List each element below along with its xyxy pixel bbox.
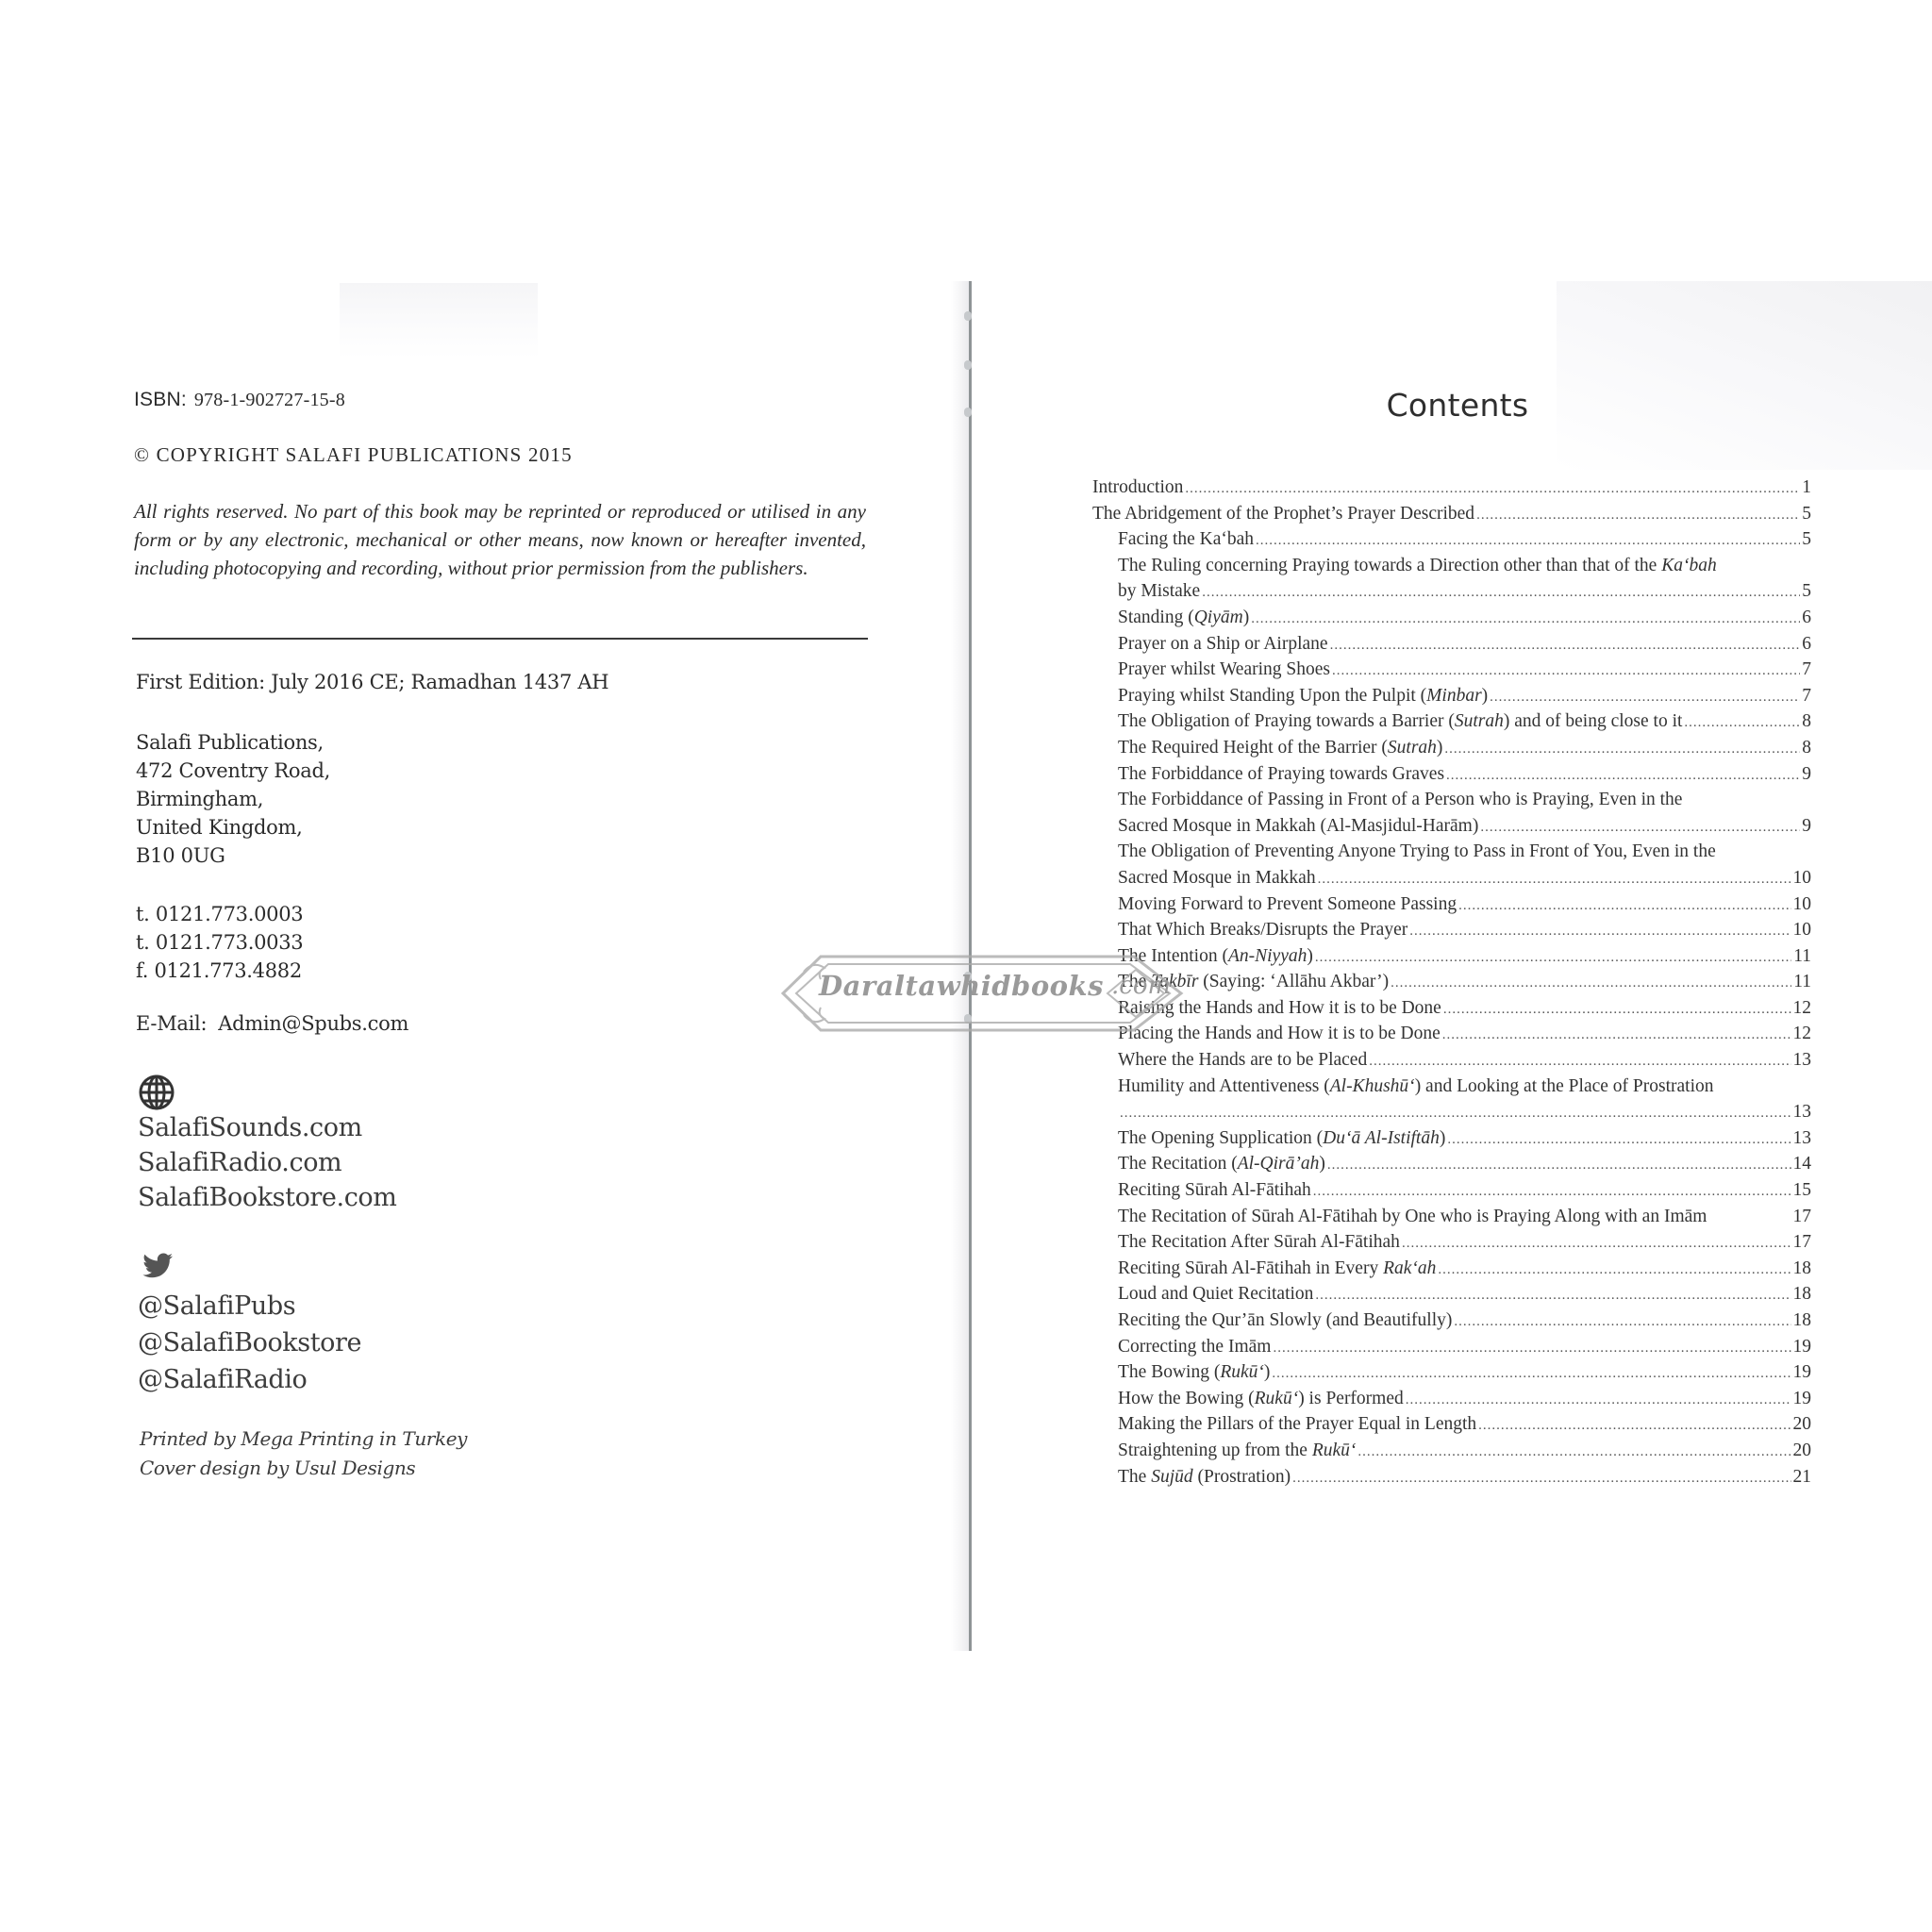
toc-entry[interactable]: The Intention (An-Niyyah)11 bbox=[1092, 943, 1811, 970]
toc-entry-title: The Ruling concerning Praying towards a … bbox=[1118, 553, 1717, 579]
toc-entry[interactable]: The Obligation of Praying towards a Barr… bbox=[1092, 708, 1811, 735]
toc-page-number: 5 bbox=[1802, 526, 1811, 553]
toc-entry[interactable]: The Ruling concerning Praying towards a … bbox=[1092, 553, 1811, 579]
toc-entry[interactable]: The Takbīr (Saying: ‘Allāhu Akbar’)11 bbox=[1092, 969, 1811, 995]
publisher-address: Salafi Publications, 472 Coventry Road, … bbox=[136, 728, 330, 870]
watermark-suffix: .com bbox=[1111, 972, 1171, 1000]
toc-entry-title: The Recitation of Sūrah Al-Fātihah by On… bbox=[1118, 1204, 1793, 1230]
twitter-handle-list: @SalafiPubs @SalafiBookstore @SalafiRadi… bbox=[138, 1288, 361, 1398]
toc-leader-dots bbox=[1447, 1125, 1790, 1152]
toc-entry-title: Reciting Sūrah Al-Fātihah bbox=[1118, 1177, 1311, 1204]
toc-leader-dots bbox=[1391, 969, 1791, 995]
toc-page-number: 7 bbox=[1802, 683, 1811, 709]
website-link[interactable]: SalafiBookstore.com bbox=[138, 1180, 396, 1215]
toc-entry-title: Reciting the Qur’ān Slowly (and Beautifu… bbox=[1118, 1307, 1452, 1334]
copyright-line: © COPYRIGHT SALAFI PUBLICATIONS 2015 bbox=[134, 443, 573, 467]
toc-leader-dots bbox=[1120, 1099, 1791, 1125]
toc-leader-dots bbox=[1318, 865, 1791, 891]
toc-entry[interactable]: The Obligation of Preventing Anyone Tryi… bbox=[1092, 839, 1811, 865]
toc-leader-dots bbox=[1315, 943, 1791, 970]
toc-page-number: 15 bbox=[1793, 1177, 1812, 1204]
toc-entry-title: The Sujūd (Prostration) bbox=[1118, 1464, 1291, 1491]
toc-entry-title: The Obligation of Praying towards a Barr… bbox=[1118, 708, 1682, 735]
twitter-handle[interactable]: @SalafiRadio bbox=[138, 1361, 361, 1398]
toc-page-number: 21 bbox=[1793, 1464, 1812, 1491]
address-line: Salafi Publications, bbox=[136, 728, 330, 757]
toc-leader-dots bbox=[1444, 735, 1800, 761]
toc-entry-title: Reciting Sūrah Al-Fātihah in Every Rak‘a… bbox=[1118, 1256, 1436, 1282]
toc-page-number: 20 bbox=[1793, 1411, 1812, 1438]
toc-entry-title: The Recitation After Sūrah Al-Fātihah bbox=[1118, 1229, 1400, 1256]
toc-page-number: 18 bbox=[1793, 1281, 1812, 1307]
toc-entry-title: Humility and Attentiveness (Al-Khushū‘) … bbox=[1118, 1074, 1714, 1100]
address-line: Birmingham, bbox=[136, 785, 330, 813]
toc-entry[interactable]: The Abridgement of the Prophet’s Prayer … bbox=[1092, 501, 1811, 527]
isbn-value: 978-1-902727-15-8 bbox=[194, 390, 345, 410]
toc-page-number: 7 bbox=[1802, 657, 1811, 683]
toc-entry-title: Facing the Ka‘bah bbox=[1118, 526, 1254, 553]
toc-leader-dots bbox=[1446, 761, 1800, 788]
toc-leader-dots bbox=[1480, 813, 1800, 840]
printer-credit: Printed by Mega Printing in Turkey bbox=[140, 1424, 467, 1454]
toc-entry-title: Introduction bbox=[1092, 475, 1183, 501]
toc-leader-dots bbox=[1292, 1464, 1790, 1491]
toc-page-number: 8 bbox=[1802, 735, 1811, 761]
stitch-mark bbox=[964, 360, 972, 370]
toc-entry-title: Moving Forward to Prevent Someone Passin… bbox=[1118, 891, 1457, 918]
toc-leader-dots bbox=[1272, 1359, 1790, 1386]
toc-page-number: 18 bbox=[1793, 1307, 1812, 1334]
print-credits: Printed by Mega Printing in Turkey Cover… bbox=[140, 1424, 467, 1483]
toc-entry-title: That Which Breaks/Disrupts the Prayer bbox=[1118, 917, 1407, 943]
watermark-text: Daraltawhidbooks bbox=[819, 970, 1104, 1002]
toc-leader-dots bbox=[1478, 1411, 1790, 1438]
toc-page-number: 10 bbox=[1793, 917, 1812, 943]
fax-line: f. 0121.773.4882 bbox=[136, 957, 303, 985]
page-edge-shadow-left bbox=[340, 283, 538, 358]
toc-page-number: 12 bbox=[1793, 1021, 1812, 1047]
toc-page-number: 19 bbox=[1793, 1386, 1812, 1412]
toc-entry[interactable]: That Which Breaks/Disrupts the Prayer10 bbox=[1092, 917, 1811, 943]
toc-leader-dots bbox=[1443, 995, 1791, 1022]
divider-rule bbox=[132, 638, 868, 640]
toc-page-number: 19 bbox=[1793, 1334, 1812, 1360]
toc-page-number: 10 bbox=[1793, 891, 1812, 918]
toc-entry[interactable]: The Recitation of Sūrah Al-Fātihah by On… bbox=[1092, 1204, 1811, 1230]
edition-line: First Edition: July 2016 CE; Ramadhan 14… bbox=[136, 671, 608, 693]
page-edge-shadow-right bbox=[1557, 281, 1932, 470]
phone-line: t. 0121.773.0003 bbox=[136, 900, 303, 928]
toc-leader-dots bbox=[1402, 1229, 1791, 1256]
toc-page-number: 18 bbox=[1793, 1256, 1812, 1282]
toc-entry[interactable]: Prayer whilst Wearing Shoes7 bbox=[1092, 657, 1811, 683]
toc-leader-dots bbox=[1454, 1307, 1790, 1334]
email-label: E-Mail: bbox=[136, 1012, 207, 1035]
toc-entry[interactable]: Reciting the Qur’ān Slowly (and Beautifu… bbox=[1092, 1307, 1811, 1334]
toc-entry-title: Prayer whilst Wearing Shoes bbox=[1118, 657, 1330, 683]
toc-entry[interactable]: Sacred Mosque in Makkah (Al-Masjidul-Har… bbox=[1092, 813, 1811, 840]
rights-notice: All rights reserved. No part of this boo… bbox=[134, 497, 866, 582]
toc-entry-title: The Required Height of the Barrier (Sutr… bbox=[1118, 735, 1442, 761]
toc-entry-title: Sacred Mosque in Makkah bbox=[1118, 865, 1316, 891]
toc-entry[interactable]: How the Bowing (Rukū‘) is Performed19 bbox=[1092, 1386, 1811, 1412]
toc-leader-dots bbox=[1330, 631, 1800, 658]
toc-entry[interactable]: by Mistake5 bbox=[1092, 578, 1811, 605]
toc-entry[interactable]: Loud and Quiet Recitation18 bbox=[1092, 1281, 1811, 1307]
toc-entry-title: The Forbiddance of Passing in Front of a… bbox=[1118, 787, 1682, 813]
toc-entry-title: Standing (Qiyām) bbox=[1118, 605, 1249, 631]
website-link[interactable]: SalafiSounds.com bbox=[138, 1110, 396, 1145]
twitter-bird-icon bbox=[142, 1253, 174, 1279]
toc-leader-dots bbox=[1185, 475, 1800, 501]
toc-entry[interactable]: The Recitation After Sūrah Al-Fātihah17 bbox=[1092, 1229, 1811, 1256]
toc-leader-dots bbox=[1409, 917, 1790, 943]
toc-page-number: 5 bbox=[1802, 578, 1811, 605]
stitch-mark bbox=[964, 408, 972, 417]
toc-page-number: 17 bbox=[1793, 1229, 1812, 1256]
toc-entry[interactable]: The Bowing (Rukū‘)19 bbox=[1092, 1359, 1811, 1386]
toc-entry[interactable]: The Opening Supplication (Du‘ā Al-Istift… bbox=[1092, 1125, 1811, 1152]
toc-entry-title: by Mistake bbox=[1118, 578, 1200, 605]
toc-entry-title: Sacred Mosque in Makkah (Al-Masjidul-Har… bbox=[1118, 813, 1478, 840]
toc-page-number: 12 bbox=[1793, 995, 1812, 1022]
isbn: ISBN:978-1-902727-15-8 bbox=[134, 389, 345, 411]
toc-leader-dots bbox=[1442, 1021, 1791, 1047]
email-address: Admin@Spubs.com bbox=[218, 1012, 408, 1035]
toc-entry-title: Prayer on a Ship or Airplane bbox=[1118, 631, 1328, 658]
toc-entry[interactable]: The Required Height of the Barrier (Sutr… bbox=[1092, 735, 1811, 761]
toc-entry[interactable]: Humility and Attentiveness (Al-Khushū‘) … bbox=[1092, 1074, 1811, 1100]
toc-leader-dots bbox=[1684, 708, 1800, 735]
toc-entry[interactable]: Reciting Sūrah Al-Fātihah in Every Rak‘a… bbox=[1092, 1256, 1811, 1282]
toc-leader-dots bbox=[1315, 1281, 1790, 1307]
isbn-label: ISBN: bbox=[134, 389, 187, 410]
toc-entry[interactable]: Facing the Ka‘bah5 bbox=[1092, 526, 1811, 553]
toc-entry[interactable]: Correcting the Imām19 bbox=[1092, 1334, 1811, 1360]
twitter-handle[interactable]: @SalafiBookstore bbox=[138, 1324, 361, 1361]
toc-entry[interactable]: Praying whilst Standing Upon the Pulpit … bbox=[1092, 683, 1811, 709]
phone-numbers: t. 0121.773.0003 t. 0121.773.0033 f. 012… bbox=[136, 900, 303, 985]
stitch-mark bbox=[964, 311, 972, 321]
toc-page-number: 5 bbox=[1802, 501, 1811, 527]
toc-page-number: 13 bbox=[1793, 1047, 1812, 1074]
toc-entry-title: The Obligation of Preventing Anyone Tryi… bbox=[1118, 839, 1716, 865]
toc-leader-dots bbox=[1313, 1177, 1791, 1204]
address-line: B10 0UG bbox=[136, 841, 330, 870]
toc-entry-title: The Opening Supplication (Du‘ā Al-Istift… bbox=[1118, 1125, 1445, 1152]
book-spread: ISBN:978-1-902727-15-8 © COPYRIGHT SALAF… bbox=[0, 0, 1932, 1932]
toc-entry[interactable]: Sacred Mosque in Makkah10 bbox=[1092, 865, 1811, 891]
toc-leader-dots bbox=[1490, 683, 1800, 709]
toc-page-number: 19 bbox=[1793, 1359, 1812, 1386]
toc-entry-title: The Recitation (Al-Qirā’ah) bbox=[1118, 1151, 1325, 1177]
toc-entry[interactable]: The Recitation (Al-Qirā’ah)14 bbox=[1092, 1151, 1811, 1177]
toc-entry[interactable]: Moving Forward to Prevent Someone Passin… bbox=[1092, 891, 1811, 918]
table-of-contents: Introduction1The Abridgement of the Prop… bbox=[1092, 475, 1811, 1490]
toc-entry-title: Correcting the Imām bbox=[1118, 1334, 1271, 1360]
toc-entry-title: Where the Hands are to be Placed bbox=[1118, 1047, 1367, 1074]
address-line: 472 Coventry Road, bbox=[136, 757, 330, 785]
toc-page-number: 6 bbox=[1802, 605, 1811, 631]
toc-page-number: 11 bbox=[1793, 943, 1811, 970]
toc-page-number: 13 bbox=[1793, 1125, 1812, 1152]
toc-page-number: 9 bbox=[1802, 813, 1811, 840]
phone-line: t. 0121.773.0033 bbox=[136, 928, 303, 957]
twitter-handle[interactable]: @SalafiPubs bbox=[138, 1288, 361, 1324]
toc-page-number: 9 bbox=[1802, 761, 1811, 788]
email: E-Mail:Admin@Spubs.com bbox=[136, 1012, 408, 1035]
toc-leader-dots bbox=[1332, 657, 1800, 683]
toc-entry-title: The Bowing (Rukū‘) bbox=[1118, 1359, 1270, 1386]
toc-page-number: 17 bbox=[1793, 1204, 1812, 1230]
toc-page-number: 20 bbox=[1793, 1438, 1812, 1464]
address-line: United Kingdom, bbox=[136, 813, 330, 841]
toc-leader-dots bbox=[1438, 1256, 1790, 1282]
toc-leader-dots bbox=[1202, 578, 1800, 605]
toc-leader-dots bbox=[1476, 501, 1800, 527]
toc-entry[interactable]: Where the Hands are to be Placed13 bbox=[1092, 1047, 1811, 1074]
toc-leader-dots bbox=[1458, 891, 1790, 918]
toc-page-number: 14 bbox=[1793, 1151, 1812, 1177]
toc-entry[interactable]: Placing the Hands and How it is to be Do… bbox=[1092, 1021, 1811, 1047]
toc-entry-title: Making the Pillars of the Prayer Equal i… bbox=[1118, 1411, 1476, 1438]
toc-page-number: 10 bbox=[1793, 865, 1812, 891]
toc-entry-title: Straightening up from the Rukū‘ bbox=[1118, 1438, 1356, 1464]
toc-entry-title: Praying whilst Standing Upon the Pulpit … bbox=[1118, 683, 1488, 709]
contents-heading: Contents bbox=[1274, 387, 1641, 424]
toc-leader-dots bbox=[1251, 605, 1800, 631]
toc-entry[interactable]: Prayer on a Ship or Airplane6 bbox=[1092, 631, 1811, 658]
toc-entry-title: The Abridgement of the Prophet’s Prayer … bbox=[1092, 501, 1474, 527]
toc-page-number: 6 bbox=[1802, 631, 1811, 658]
toc-leader-dots bbox=[1327, 1151, 1791, 1177]
toc-leader-dots bbox=[1357, 1438, 1790, 1464]
toc-entry[interactable]: Making the Pillars of the Prayer Equal i… bbox=[1092, 1411, 1811, 1438]
cover-design-credit: Cover design by Usul Designs bbox=[140, 1454, 467, 1483]
globe-icon bbox=[138, 1074, 175, 1111]
toc-entry[interactable]: Reciting Sūrah Al-Fātihah15 bbox=[1092, 1177, 1811, 1204]
toc-entry[interactable]: Raising the Hands and How it is to be Do… bbox=[1092, 995, 1811, 1022]
toc-entry[interactable]: The Forbiddance of Praying towards Grave… bbox=[1092, 761, 1811, 788]
toc-entry[interactable]: The Sujūd (Prostration)21 bbox=[1092, 1464, 1811, 1491]
toc-entry[interactable]: Straightening up from the Rukū‘20 bbox=[1092, 1438, 1811, 1464]
toc-entry-title: Loud and Quiet Recitation bbox=[1118, 1281, 1313, 1307]
toc-page-number: 13 bbox=[1793, 1099, 1812, 1125]
toc-entry[interactable]: The Forbiddance of Passing in Front of a… bbox=[1092, 787, 1811, 813]
toc-entry-title: How the Bowing (Rukū‘) is Performed bbox=[1118, 1386, 1404, 1412]
toc-page-number: 11 bbox=[1793, 969, 1811, 995]
toc-entry[interactable]: Standing (Qiyām)6 bbox=[1092, 605, 1811, 631]
website-link[interactable]: SalafiRadio.com bbox=[138, 1145, 396, 1180]
toc-entry[interactable]: 13 bbox=[1092, 1099, 1811, 1125]
toc-leader-dots bbox=[1256, 526, 1800, 553]
toc-leader-dots bbox=[1273, 1334, 1790, 1360]
website-list: SalafiSounds.com SalafiRadio.com SalafiB… bbox=[138, 1110, 396, 1215]
toc-leader-dots bbox=[1406, 1386, 1791, 1412]
toc-entry-title: The Forbiddance of Praying towards Grave… bbox=[1118, 761, 1444, 788]
toc-entry[interactable]: Introduction1 bbox=[1092, 475, 1811, 501]
toc-page-number: 8 bbox=[1802, 708, 1811, 735]
toc-leader-dots bbox=[1369, 1047, 1790, 1074]
toc-page-number: 1 bbox=[1802, 475, 1811, 501]
